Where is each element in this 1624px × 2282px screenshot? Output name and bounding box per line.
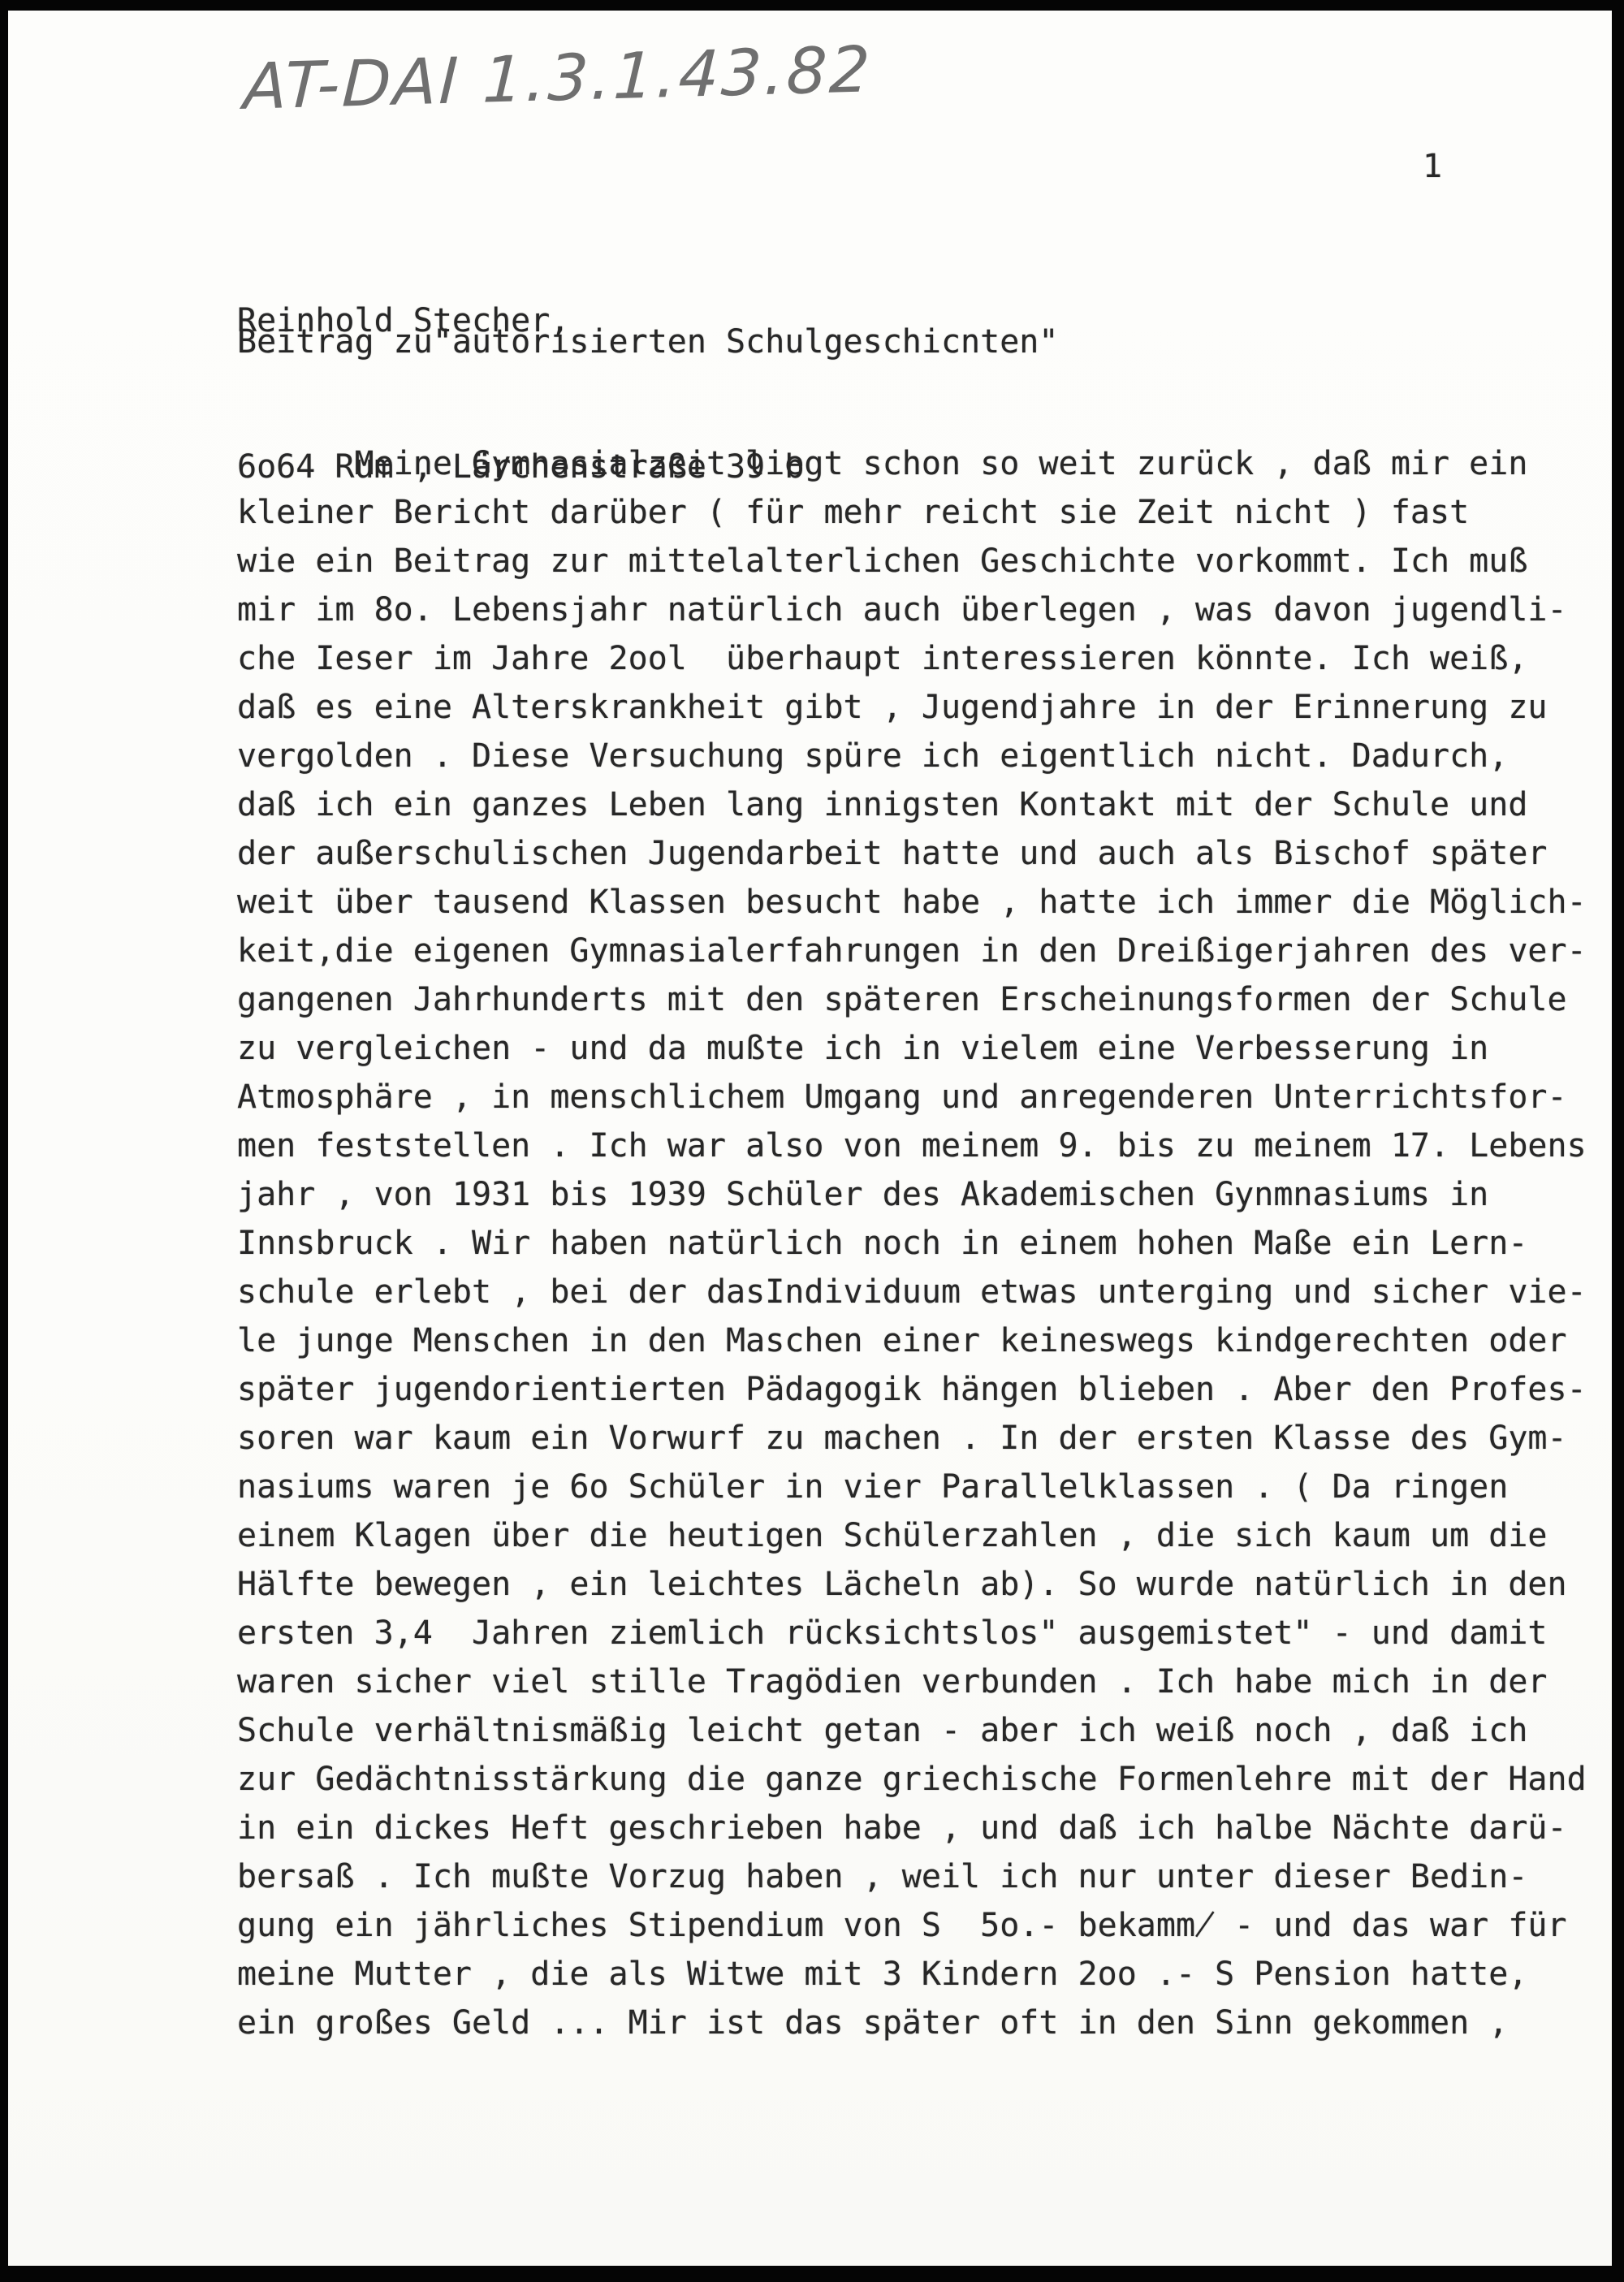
text-line: gung ein jährliches Stipendium von S 5o.… (237, 1901, 1587, 1950)
text-line: che Ieser im Jahre 2ool überhaupt intere… (237, 634, 1587, 683)
text-line: daß es eine Alterskrankheit gibt , Jugen… (237, 683, 1587, 732)
text-line: schule erlebt , bei der dasIndividuum et… (237, 1268, 1587, 1316)
text-line: zu vergleichen - und da mußte ich in vie… (237, 1024, 1587, 1073)
text-line: ersten 3,4 Jahren ziemlich rücksichtslos… (237, 1609, 1587, 1657)
scanned-page: AT-DAI 1.3.1.43.82 1 Reinhold Stecher, 6… (0, 0, 1624, 2282)
text-line: soren war kaum ein Vorwurf zu machen . I… (237, 1414, 1587, 1463)
text-line: mir im 8o. Lebensjahr natürlich auch übe… (237, 586, 1587, 634)
text-line: nasiums waren je 6o Schüler in vier Para… (237, 1463, 1587, 1511)
text-line: einem Klagen über die heutigen Schülerza… (237, 1511, 1587, 1560)
text-line: Atmosphäre , in menschlichem Umgang und … (237, 1073, 1587, 1122)
text-line: daß ich ein ganzes Leben lang innigsten … (237, 780, 1587, 829)
text-line: le junge Menschen in den Maschen einer k… (237, 1316, 1587, 1365)
text-line: jahr , von 1931 bis 1939 Schüler des Aka… (237, 1170, 1587, 1219)
text-line: men feststellen . Ich war also von meine… (237, 1122, 1587, 1170)
text-line: keit,die eigenen Gymnasialerfahrungen in… (237, 927, 1587, 975)
text-line: vergolden . Diese Versuchung spüre ich e… (237, 732, 1587, 780)
text-line: weit über tausend Klassen besucht habe ,… (237, 878, 1587, 927)
document-body: Meine Gymnasialzeit liegt schon so weit … (237, 439, 1587, 2047)
text-line: Hälfte bewegen , ein leichtes Lächeln ab… (237, 1560, 1587, 1609)
text-line: der außerschulischen Jugendarbeit hatte … (237, 829, 1587, 878)
text-line: später jugendorientierten Pädagogik häng… (237, 1365, 1587, 1414)
text-line: Schule verhältnismäßig leicht getan - ab… (237, 1706, 1587, 1755)
text-line: wie ein Beitrag zur mittelalterlichen Ge… (237, 537, 1587, 586)
text-line: bersaß . Ich mußte Vorzug haben , weil i… (237, 1852, 1587, 1901)
text-line: in ein dickes Heft geschrieben habe , un… (237, 1804, 1587, 1852)
text-line: zur Gedächtnisstärkung die ganze griechi… (237, 1755, 1587, 1804)
text-line: ein großes Geld ... Mir ist das später o… (237, 1999, 1587, 2047)
text-line: Meine Gymnasialzeit liegt schon so weit … (237, 439, 1587, 488)
text-line: kleiner Bericht darüber ( für mehr reich… (237, 488, 1587, 537)
text-line: meine Mutter , die als Witwe mit 3 Kinde… (237, 1950, 1587, 1999)
text-line: Innsbruck . Wir haben natürlich noch in … (237, 1219, 1587, 1268)
text-line: gangenen Jahrhunderts mit den späteren E… (237, 975, 1587, 1024)
page-number: 1 (1423, 148, 1442, 185)
document-title: Beitrag zu"autorisierten Schulgeschicnte… (237, 323, 1058, 361)
text-line: waren sicher viel stille Tragödien verbu… (237, 1657, 1587, 1706)
